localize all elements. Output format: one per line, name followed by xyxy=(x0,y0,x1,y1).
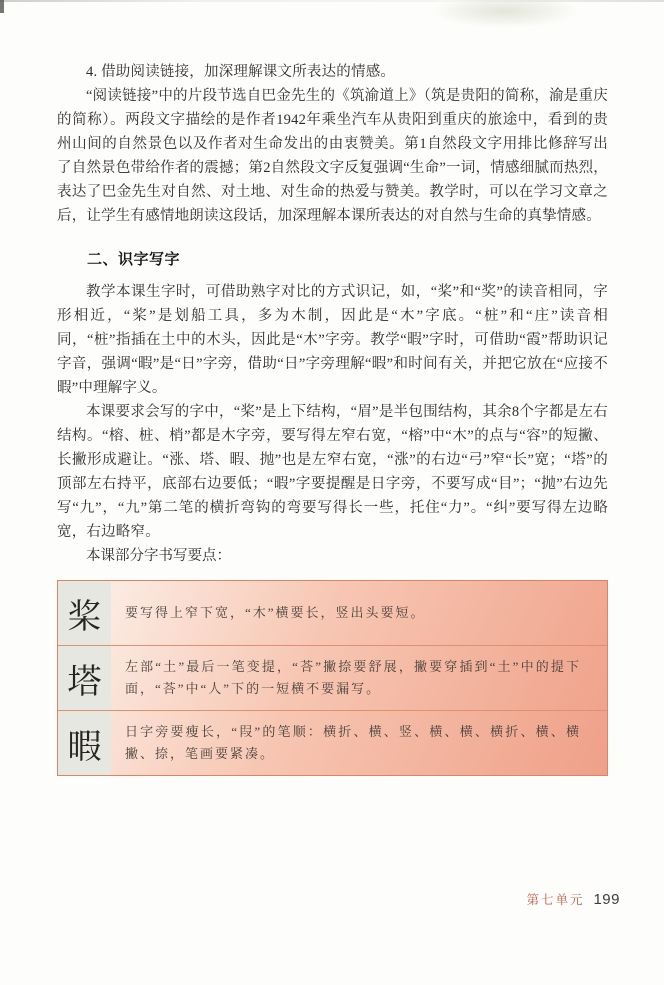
page-footer: 第七单元 199 xyxy=(526,890,620,908)
character-cell: 桨 xyxy=(58,581,111,645)
character-cell: 塔 xyxy=(58,646,111,710)
book-page: 4. 借助阅读链接，加深理解课文所表达的情感。 “阅读链接”中的片段节选自巴金先… xyxy=(0,0,664,985)
shizi-paragraph: 教学本课生字时，可借助熟字对比的方式识记，如，“桨”和“奖”的读音相同，字形相近… xyxy=(57,280,608,400)
scan-corner-mark xyxy=(0,0,4,13)
scan-top-edge xyxy=(0,0,664,2)
reading-link-paragraph: “阅读链接”中的片段节选自巴金先生的《筑渝道上》（筑是贵阳的简称，渝是重庆的简称… xyxy=(57,84,608,228)
tip-text-content: 要写得上窄下宽，“木”横要长，竖出头要短。 xyxy=(125,602,426,624)
tip-text: 日字旁要瘦长，“叚”的笔顺：横折、横、竖、横、横、横折、横、横撇、捺，笔画要紧凑… xyxy=(111,711,607,775)
page-content: 4. 借助阅读链接，加深理解课文所表达的情感。 “阅读链接”中的片段节选自巴金先… xyxy=(57,60,608,776)
table-row: 桨 要写得上窄下宽，“木”横要长，竖出头要短。 xyxy=(58,581,607,645)
footer-unit-label: 第七单元 xyxy=(526,890,584,908)
table-row: 暇 日字旁要瘦长，“叚”的笔顺：横折、横、竖、横、横、横折、横、横撇、捺，笔画要… xyxy=(58,710,607,775)
character-cell: 暇 xyxy=(58,711,111,775)
tips-table: 桨 要写得上窄下宽，“木”横要长，竖出头要短。 塔 左部“土”最后一笔变提，“荅… xyxy=(57,580,608,776)
scan-smudge xyxy=(430,0,580,28)
points-intro: 本课部分字书写要点： xyxy=(57,544,608,568)
table-row: 塔 左部“土”最后一笔变提，“荅”撇捺要舒展，撇要穿插到“土”中的提下面，“荅”… xyxy=(58,645,607,710)
tip-text: 左部“土”最后一笔变提，“荅”撇捺要舒展，撇要穿插到“土”中的提下面，“荅”中“… xyxy=(111,646,607,710)
xiezi-paragraph: 本课要求会写的字中，“桨”是上下结构，“眉”是半包围结构，其余8个字都是左右结构… xyxy=(57,400,608,544)
tip-text-content: 日字旁要瘦长，“叚”的笔顺：横折、横、竖、横、横、横折、横、横撇、捺，笔画要紧凑… xyxy=(125,721,581,765)
footer-page-number: 199 xyxy=(593,891,620,908)
list-item-4: 4. 借助阅读链接，加深理解课文所表达的情感。 xyxy=(57,60,608,84)
section-heading: 二、识字写字 xyxy=(57,248,608,272)
tip-text: 要写得上窄下宽，“木”横要长，竖出头要短。 xyxy=(111,581,607,645)
tip-text-content: 左部“土”最后一笔变提，“荅”撇捺要舒展，撇要穿插到“土”中的提下面，“荅”中“… xyxy=(125,656,581,700)
